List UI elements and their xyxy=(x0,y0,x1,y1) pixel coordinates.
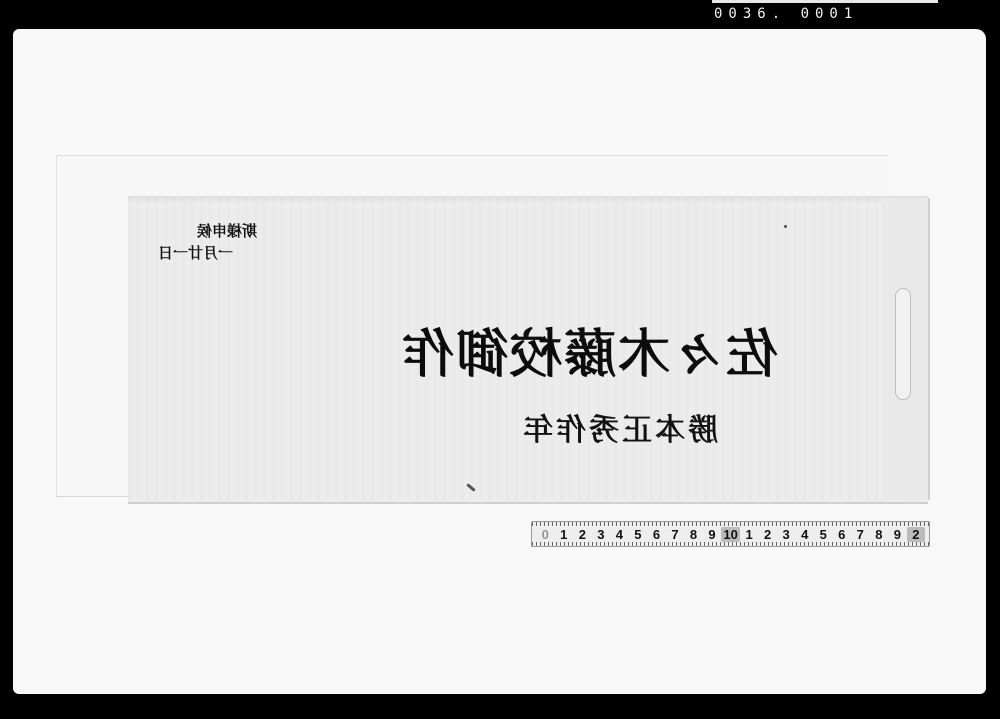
margin-note-line-1: 斯様申候 xyxy=(158,220,257,242)
ruler-label: 3 xyxy=(777,527,796,542)
frame-id-label: 0036. 0001 xyxy=(714,6,858,22)
ruler-label: 7 xyxy=(666,527,685,542)
measuring-ruler: 0 1 2 3 4 5 6 7 8 9 10 1 2 3 4 5 6 7 8 9… xyxy=(531,521,930,547)
ruler-label: 4 xyxy=(795,527,814,542)
film-strip-edge xyxy=(712,0,938,3)
margin-note-line-2: 一月廿一日 xyxy=(158,242,233,264)
ruler-label: 8 xyxy=(870,527,889,542)
ruler-ticks-bottom xyxy=(532,542,929,546)
margin-note: 斯様申候 一月廿一日 xyxy=(158,220,257,264)
ruler-label: 8 xyxy=(684,527,703,542)
ruler-label-ten: 10 xyxy=(721,527,740,542)
binding-slot xyxy=(895,288,911,400)
ruler-label: 5 xyxy=(629,527,648,542)
ruler-label: 9 xyxy=(888,527,907,542)
ruler-label: 2 xyxy=(573,527,592,542)
ruler-ticks-top xyxy=(532,522,929,526)
sub-handwritten-text: 勝本正秀作年 xyxy=(520,405,718,449)
ruler-label: 6 xyxy=(647,527,666,542)
ruler-label: 6 xyxy=(833,527,852,542)
ruler-label: 1 xyxy=(740,527,759,542)
ruler-label: 7 xyxy=(851,527,870,542)
ruler-label: 5 xyxy=(814,527,833,542)
ruler-label: 4 xyxy=(610,527,629,542)
ruler-label-twenty: 2 xyxy=(907,527,926,542)
ruler-labels: 0 1 2 3 4 5 6 7 8 9 10 1 2 3 4 5 6 7 8 9… xyxy=(532,527,929,542)
ruler-label: 9 xyxy=(703,527,722,542)
ruler-label: 2 xyxy=(758,527,777,542)
main-handwritten-text: 佐々木藤校御作 xyxy=(400,312,778,387)
ruler-label: 0 xyxy=(536,527,555,542)
ruler-label: 3 xyxy=(592,527,611,542)
ruler-label: 1 xyxy=(555,527,574,542)
